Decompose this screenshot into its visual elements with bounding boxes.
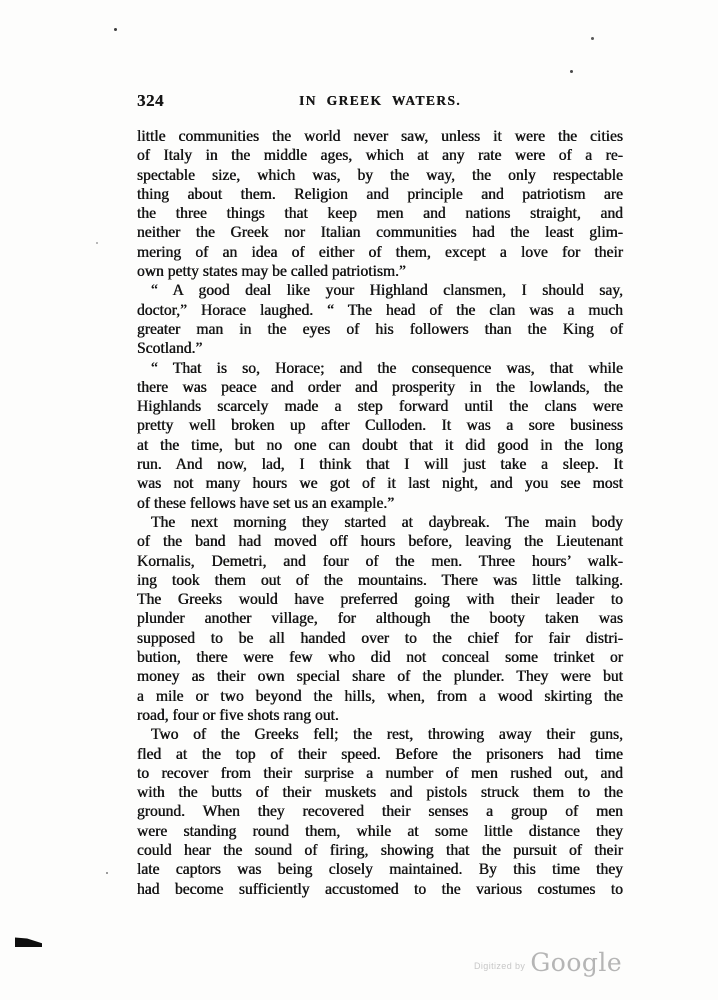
text-line: money as their own special share of the … <box>137 667 623 686</box>
text-line: “ A good deal like your Highland clansme… <box>137 281 623 300</box>
google-logo: Google <box>530 948 622 977</box>
ink-smudge <box>15 937 42 947</box>
text-line: Highlands scarcely made a step forward u… <box>137 397 623 416</box>
text-line: thing about them. Religion and principle… <box>137 185 623 204</box>
text-line: of these fellows have set us an example.… <box>137 494 623 513</box>
google-watermark: Digitized by Google <box>474 948 622 977</box>
text-line: of the band had moved off hours before, … <box>137 532 623 551</box>
ink-speck <box>96 242 98 244</box>
text-line: supposed to be all handed over to the ch… <box>137 629 623 648</box>
text-line: run. And now, lad, I think that I will j… <box>137 455 623 474</box>
text-line: neither the Greek nor Italian communitie… <box>137 223 623 242</box>
page-text: little communities the world never saw, … <box>137 127 623 899</box>
ink-speck <box>591 37 594 40</box>
text-line: of Italy in the middle ages, which at an… <box>137 146 623 165</box>
text-line: had become sufficiently accustomed to th… <box>137 880 623 899</box>
book-page: 324 IN GREEK WATERS. little communities … <box>0 0 718 1000</box>
text-line: was not many hours we got of it last nig… <box>137 474 623 493</box>
text-line: to recover from their surprise a number … <box>137 764 623 783</box>
text-line: greater man in the eyes of his followers… <box>137 320 623 339</box>
text-line: mering of an idea of either of them, exc… <box>137 243 623 262</box>
text-line: could hear the sound of firing, showing … <box>137 841 623 860</box>
text-line: spectable size, which was, by the way, t… <box>137 166 623 185</box>
text-line: road, four or five shots rang out. <box>137 706 623 725</box>
text-line: at the time, but no one can doubt that i… <box>137 436 623 455</box>
text-line: The Greeks would have preferred going wi… <box>137 590 623 609</box>
text-line: there was peace and order and prosperity… <box>137 378 623 397</box>
text-line: ground. When they recovered their senses… <box>137 802 623 821</box>
text-line: fled at the top of their speed. Before t… <box>137 745 623 764</box>
text-line: Scotland.” <box>137 339 623 358</box>
text-line: Two of the Greeks fell; the rest, throwi… <box>137 725 623 744</box>
text-line: Kornalis, Demetri, and four of the men. … <box>137 552 623 571</box>
text-line: with the butts of their muskets and pist… <box>137 783 623 802</box>
ink-speck <box>610 851 612 853</box>
ink-speck <box>106 872 108 874</box>
text-line: a mile or two beyond the hills, when, fr… <box>137 687 623 706</box>
text-line: plunder another village, for although th… <box>137 609 623 628</box>
text-line: pretty well broken up after Culloden. It… <box>137 416 623 435</box>
text-line: doctor,” Horace laughed. “ The head of t… <box>137 301 623 320</box>
ink-speck <box>570 70 573 73</box>
ink-speck <box>114 28 117 31</box>
running-title: IN GREEK WATERS. <box>137 93 623 109</box>
text-line: little communities the world never saw, … <box>137 127 623 146</box>
digitized-by-label: Digitized by <box>474 961 525 971</box>
text-line: “ That is so, Horace; and the consequenc… <box>137 359 623 378</box>
text-line: were standing round them, while at some … <box>137 822 623 841</box>
text-line: The next morning they started at daybrea… <box>137 513 623 532</box>
text-line: late captors was being closely maintaine… <box>137 860 623 879</box>
text-line: own petty states may be called patriotis… <box>137 262 623 281</box>
text-line: ing took them out of the mountains. Ther… <box>137 571 623 590</box>
running-header: 324 IN GREEK WATERS. <box>137 91 623 111</box>
text-line: the three things that keep men and natio… <box>137 204 623 223</box>
text-line: bution, there were few who did not conce… <box>137 648 623 667</box>
